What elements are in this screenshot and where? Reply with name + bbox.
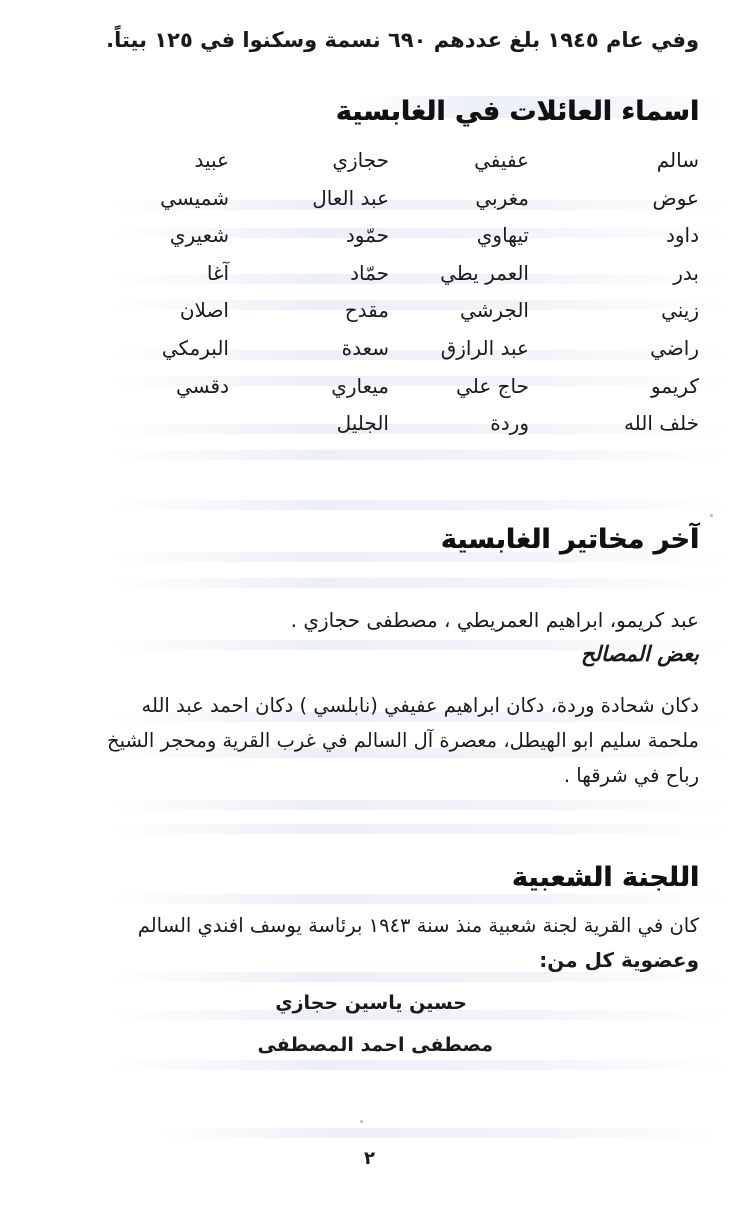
paragraph-line: دكان شحادة وردة، دكان ابراهيم عفيفي (ناب…	[79, 688, 699, 723]
family-row: زيني الجرشي مقدح اصلان	[89, 298, 699, 336]
family-name: سعدة	[342, 336, 389, 360]
bleed-through-ghost	[110, 578, 730, 588]
scan-speck	[360, 1120, 363, 1123]
facilities-heading: بعض المصالح	[581, 642, 699, 666]
bleed-through-ghost	[110, 450, 730, 460]
family-name: مقدح	[345, 298, 389, 322]
committee-members-label: وعضوية كل من:	[539, 948, 699, 972]
family-name: عبد العال	[312, 186, 389, 210]
bleed-through-ghost	[110, 800, 730, 810]
committee-member: حسين ياسين حجازي	[275, 992, 467, 1014]
family-name: آغا	[207, 261, 229, 285]
family-name: عفيفي	[474, 148, 529, 172]
family-row: خلف الله وردة الجليل	[89, 411, 699, 449]
facilities-paragraph: دكان شحادة وردة، دكان ابراهيم عفيفي (ناب…	[79, 688, 699, 793]
committee-member: مصطفى احمد المصطفى	[257, 1034, 493, 1056]
paragraph-line: رباح في شرقها .	[79, 758, 699, 793]
bleed-through-ghost	[110, 972, 730, 982]
mukhtars-list: عبد كريمو، ابراهيم العمريطي ، مصطفى حجاز…	[291, 608, 699, 632]
family-name: زيني	[661, 298, 699, 322]
bleed-through-ghost	[160, 1128, 720, 1138]
family-name: وردة	[490, 411, 529, 435]
family-name: كريمو	[651, 374, 699, 398]
mukhtars-heading: آخر مخاتير الغابسية	[441, 524, 699, 555]
family-name: البرمكي	[162, 336, 229, 360]
family-name: الجرشي	[460, 298, 529, 322]
family-name: بدر	[673, 261, 699, 285]
family-name: شعيري	[170, 223, 229, 247]
family-name: العمر يطي	[440, 261, 529, 285]
family-name: شميسي	[160, 186, 229, 210]
family-name: تيهاوي	[477, 223, 529, 247]
family-name: حاج علي	[456, 374, 529, 398]
paragraph-line: ملحمة سليم ابو الهيطل، معصرة آل السالم ف…	[79, 723, 699, 758]
intro-paragraph: وفي عام ١٩٤٥ بلغ عددهم ٦٩٠ نسمة وسكنوا ف…	[106, 28, 699, 52]
family-row: سالم عفيفي حجازي عبيد	[89, 148, 699, 186]
family-row: بدر العمر يطي حمّاد آغا	[89, 261, 699, 299]
family-names-table: سالم عفيفي حجازي عبيد عوض مغربي عبد العا…	[89, 148, 699, 449]
family-name: حمّود	[346, 223, 389, 247]
family-row: كريمو حاج علي ميعاري دقسي	[89, 374, 699, 412]
families-heading: اسماء العائلات في الغابسية	[336, 96, 699, 127]
family-row: عوض مغربي عبد العال شميسي	[89, 186, 699, 224]
family-row: راضي عبد الرازق سعدة البرمكي	[89, 336, 699, 374]
bleed-through-ghost	[110, 824, 730, 834]
family-name: دقسي	[176, 374, 229, 398]
family-name: راضي	[650, 336, 699, 360]
bleed-through-ghost	[110, 500, 730, 510]
page-number: ٢	[364, 1148, 375, 1169]
scan-speck	[710, 514, 713, 517]
committee-description: كان في القرية لجنة شعبية منذ سنة ١٩٤٣ بر…	[138, 914, 699, 937]
family-name: مغربي	[475, 186, 529, 210]
family-name: عوض	[653, 186, 699, 210]
family-name: خلف الله	[624, 411, 699, 435]
bleed-through-ghost	[110, 894, 730, 904]
family-name: حمّاد	[350, 261, 389, 285]
family-name: اصلان	[180, 298, 229, 322]
family-name: داود	[666, 223, 699, 247]
family-name: عبيد	[194, 148, 229, 172]
bleed-through-ghost	[110, 1060, 730, 1070]
family-row: داود تيهاوي حمّود شعيري	[89, 223, 699, 261]
family-name: حجازي	[332, 148, 389, 172]
committee-heading: اللجنة الشعبية	[512, 862, 699, 893]
family-name: الجليل	[337, 411, 389, 435]
family-name: ميعاري	[331, 374, 389, 398]
document-page: وفي عام ١٩٤٥ بلغ عددهم ٦٩٠ نسمة وسكنوا ف…	[0, 0, 739, 1211]
family-name: عبد الرازق	[441, 336, 529, 360]
family-name: سالم	[657, 148, 699, 172]
